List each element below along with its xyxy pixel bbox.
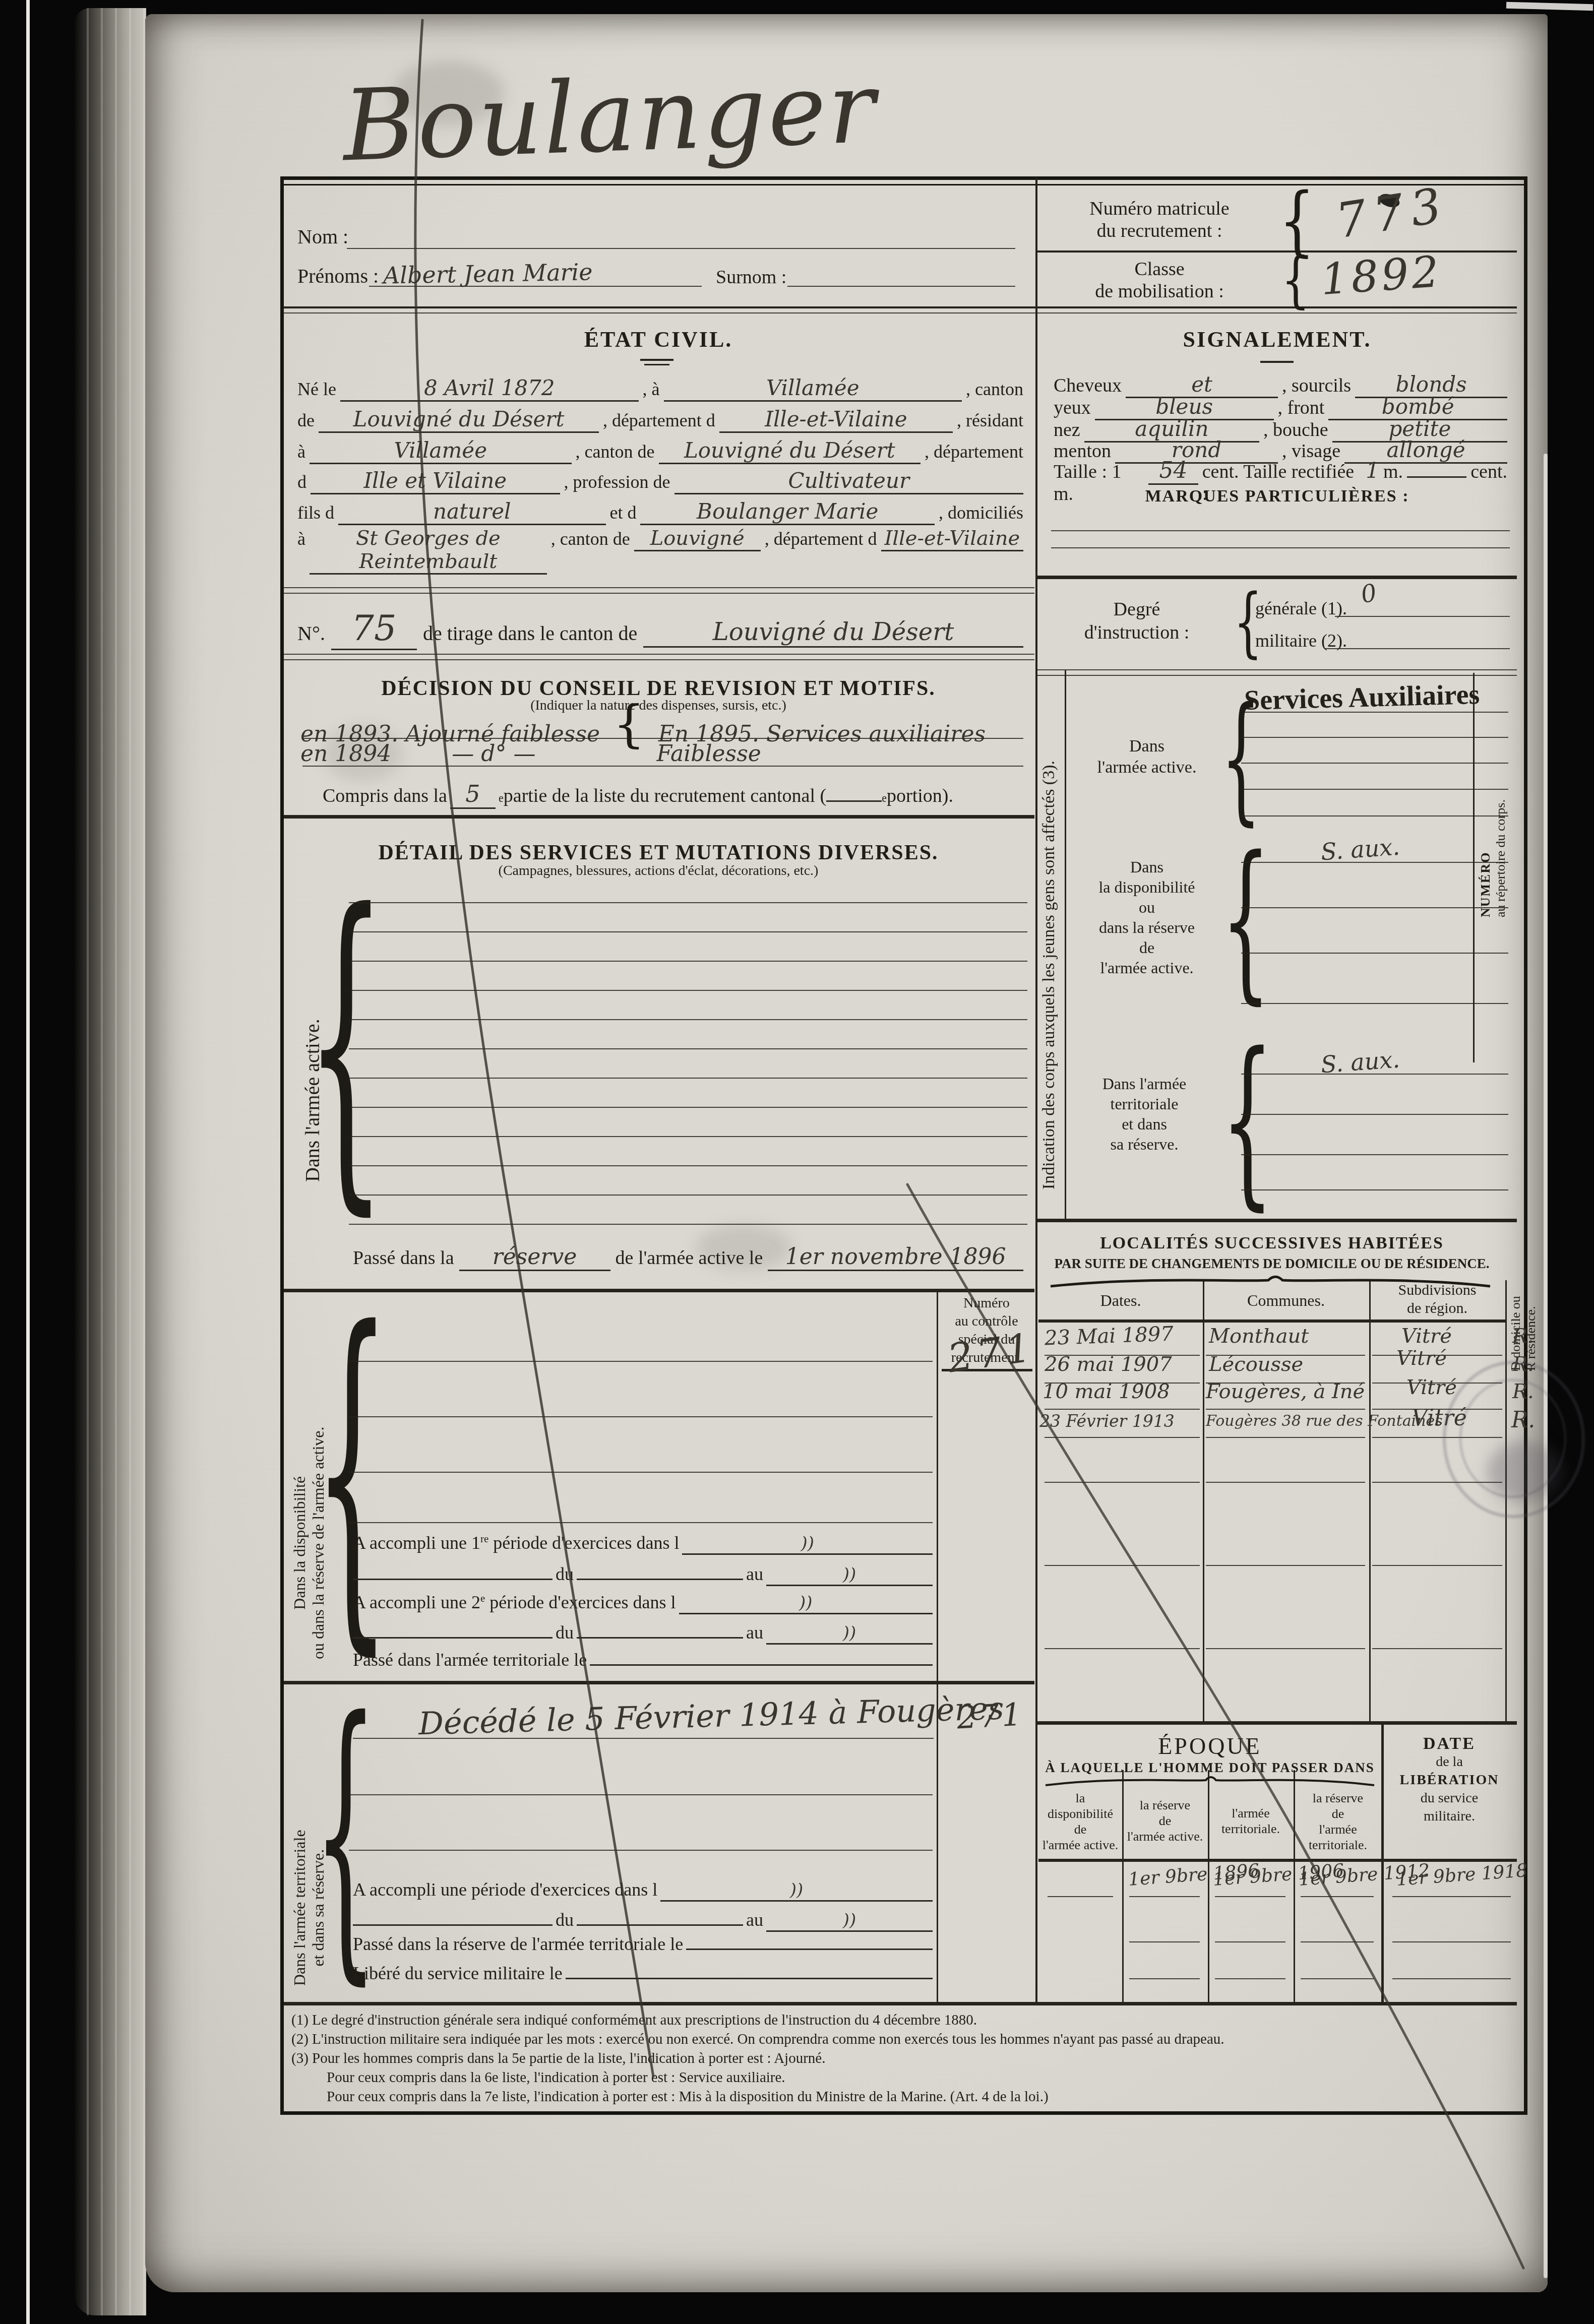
epoque-col3-header: l'armée territoriale. [1210, 1805, 1292, 1837]
rule [1051, 547, 1510, 548]
ruled-line [1241, 815, 1508, 816]
row-rule [1045, 1409, 1200, 1410]
residence: Villamée [310, 438, 572, 464]
epoque-title: ÉPOQUE [1038, 1733, 1381, 1760]
rule [1037, 1721, 1517, 1725]
ruled-line [349, 990, 1027, 991]
corps-numero-vertical-label: NUMÉRO au répertoire du corps. [1478, 799, 1508, 917]
periode2-dates-row: du au )) [353, 1622, 933, 1645]
row-rule [1045, 1482, 1200, 1483]
page-right-highlight [1544, 454, 1548, 2278]
ruled-line [1241, 763, 1508, 764]
corps-left-vertical-label: Indication des corps auxquels les jeunes… [1039, 761, 1059, 1189]
loc-row4-commune: Fougères 38 rue des Fontaines [1206, 1412, 1443, 1430]
nom-label: Nom : [297, 225, 348, 248]
birth-canton: Louvigné du Désert [319, 407, 599, 433]
rule [284, 593, 1034, 594]
row-rule [1129, 1896, 1200, 1897]
decision-faiblesse: Faiblesse [656, 741, 761, 767]
stamp-smudge [1487, 1441, 1563, 1502]
tirage-canton: Louvigné du Désert [643, 618, 1023, 648]
sec2-brace: { [314, 1304, 391, 1637]
degre-generale: générale (1). [1255, 598, 1347, 619]
mother-name: Boulanger Marie [640, 499, 935, 525]
taille-rect-value: 1 [1366, 458, 1379, 483]
localites-col-line [1369, 1280, 1371, 1721]
rule [1038, 1859, 1517, 1862]
row-rule [1129, 1978, 1200, 1979]
ruled-line [349, 1107, 1027, 1108]
prenoms-row: Prénoms : [297, 264, 379, 288]
loc-row3-date: 10 mai 1908 [1043, 1380, 1170, 1403]
corps-g1-brace: { [1221, 696, 1261, 821]
epoque-col2-header: la réserve de l'armée active. [1124, 1797, 1206, 1844]
row-rule [1372, 1648, 1502, 1649]
row-rule [1301, 1941, 1374, 1942]
rule [284, 815, 1034, 819]
localites-col-line [1203, 1280, 1204, 1721]
nom-line [347, 248, 1015, 249]
degre-militaire: militaire (2). [1255, 630, 1347, 651]
rule [284, 654, 1034, 655]
row-rule [1215, 1941, 1285, 1942]
decision-line1-rule [302, 738, 1023, 739]
rule [284, 312, 1517, 313]
passe-reserve-terr-row: Passé dans la réserve de l'armée territo… [353, 1933, 933, 1955]
services-subtitle: (Campagnes, blessures, actions d'éclat, … [282, 863, 1034, 879]
ruled-line [1241, 712, 1508, 713]
title-flourish [1260, 361, 1294, 363]
rule [1037, 250, 1517, 253]
ditto-mark: )) [660, 1880, 933, 1902]
ruled-line [1241, 907, 1508, 908]
ditto-mark: )) [766, 1623, 933, 1645]
epoque-subtitle: À LAQUELLE L'HOMME DOIT PASSER DANS [1038, 1760, 1381, 1776]
rule [1037, 669, 1517, 670]
birth-departement: Ille-et-Vilaine [719, 407, 953, 433]
scanned-register-page: { "header": { "nom_label": "Nom :", "nom… [0, 0, 1594, 2324]
passe-reserve-date: 1er novembre 1896 [768, 1244, 1023, 1271]
tirage-number: 75 [331, 607, 417, 650]
ruled-line [1241, 1074, 1508, 1075]
periode1-row: A accompli une 1re période d'exercices d… [353, 1532, 933, 1555]
ruled-line [349, 1794, 933, 1795]
tirage-row: N°. 75 de tirage dans le canton de Louvi… [297, 607, 1023, 650]
corps-g2-brace: { [1221, 843, 1271, 997]
prenoms-label: Prénoms : [297, 264, 379, 288]
row-rule [1048, 1896, 1113, 1897]
ruled-line [349, 961, 1027, 962]
row-rule [1392, 1896, 1511, 1897]
rule [1037, 576, 1517, 579]
loc-row3-commune: Fougères, à Iné [1206, 1380, 1365, 1403]
epoque-col4-header: la réserve de l'armée territoriale. [1297, 1790, 1379, 1853]
row-rule [1206, 1409, 1365, 1410]
loc-row1-dr: R. [1512, 1325, 1534, 1348]
passe-reserve-value: réserve [459, 1244, 610, 1271]
compris-row: Compris dans la 5e partie de la liste du… [323, 780, 1018, 809]
parents-domicile: St Georges de Reintembault [310, 527, 547, 575]
localites-h-subdivisions: Subdivisions de région. [1369, 1281, 1505, 1317]
periode3-row: A accompli une période d'exercices dans … [353, 1879, 933, 1902]
ruled-line [349, 1472, 933, 1473]
loc-row2-date: 26 mai 1907 [1045, 1353, 1172, 1376]
classe-label: Classe de mobilisation : [1054, 258, 1265, 302]
services-auxiliaires-stamp: Services Auxiliaires [1244, 678, 1480, 717]
corps-g3-brace: { [1221, 1038, 1274, 1203]
rule [284, 659, 1034, 660]
ruled-line [349, 1136, 1027, 1137]
corps-numero-line [1473, 673, 1475, 1062]
periode2-row: A accompli une 2e période d'exercices da… [353, 1592, 933, 1614]
ec-line3: à Villamée , canton de Louvigné du Déser… [297, 438, 1023, 464]
row-rule [1206, 1437, 1365, 1438]
ruled-line [349, 1019, 1027, 1020]
liste-partie: 5 [450, 780, 496, 809]
rule [284, 587, 1034, 588]
corps-inner-line [1065, 670, 1066, 1219]
ec-line2: de Louvigné du Désert , département d Il… [297, 407, 1023, 433]
rule [284, 1289, 1034, 1292]
controle-column-line [937, 1289, 938, 2002]
taille-value: 54 [1148, 458, 1198, 485]
title-flourish [640, 359, 673, 361]
rule [284, 306, 1517, 308]
loc-row4-date: 23 Février 1913 [1039, 1411, 1175, 1431]
sec1-brace: { [305, 888, 386, 1198]
decision-brace: { [613, 712, 645, 737]
surnom-label: Surnom : [716, 266, 786, 288]
ruled-line [1241, 953, 1508, 954]
controle-number-2: 271 [956, 1696, 1025, 1736]
row-rule [1045, 1565, 1200, 1566]
ruled-line [1241, 1114, 1508, 1115]
ditto-mark: )) [682, 1533, 933, 1555]
residence-canton: Louvigné du Désert [659, 438, 921, 464]
ruled-line [349, 1165, 1027, 1166]
matricule-label: Numéro matricule du recrutement : [1054, 198, 1265, 242]
loc-row3-sub: Vitré [1406, 1376, 1457, 1399]
parents-departement: Ille-et-Vilaine [881, 527, 1023, 551]
rule [1037, 1219, 1517, 1222]
column-divider [1035, 177, 1037, 2002]
etat-civil-title: ÉTAT CIVIL. [282, 327, 1034, 352]
ruled-line [349, 1416, 933, 1417]
row-rule [1206, 1565, 1365, 1566]
ruled-line [349, 1048, 1027, 1049]
book-page-stack [75, 8, 146, 2315]
epoque-date-header: DATE de la LIBÉRATION du service militai… [1386, 1735, 1512, 1826]
classe-brace: { [1281, 253, 1310, 307]
residence-departement: Ille et Vilaine [311, 468, 560, 494]
epoque-col1-header: la disponibilité de l'armée active. [1039, 1790, 1121, 1853]
ruled-line [349, 1195, 1027, 1196]
loc-row1-commune: Monthaut [1209, 1325, 1309, 1348]
periode3-dates-row: du au )) [353, 1909, 933, 1932]
localites-title: LOCALITÉS SUCCESSIVES HABITÉES [1038, 1234, 1505, 1253]
nom-row: Nom : [297, 225, 348, 248]
marques-label: MARQUES PARTICULIÈRES : [1037, 487, 1517, 506]
epoque-col-line [1122, 1770, 1124, 2002]
rule [1037, 675, 1517, 676]
passe-reserve-row: Passé dans la réserve de l'armée active … [353, 1244, 1023, 1271]
periode1-dates-row: du au )) [353, 1563, 933, 1586]
degre-label: Degré d'instruction : [1054, 598, 1220, 644]
row-rule [1215, 1896, 1285, 1897]
decision-title: DÉCISION DU CONSEIL DE REVISION ET MOTIF… [282, 676, 1034, 701]
loc-row2-commune: Lécousse [1209, 1353, 1303, 1376]
surnom-line [787, 286, 1015, 287]
row-rule [1045, 1648, 1200, 1649]
epoque-col-line [1294, 1770, 1295, 2002]
prenoms-line [369, 286, 702, 287]
ruled-line [349, 1361, 933, 1362]
row-rule [1392, 1941, 1511, 1942]
ruled-line [349, 931, 1027, 932]
localites-h-dates: Dates. [1038, 1291, 1203, 1310]
corps-g3-label: Dans l'armée territoriale et dans sa rés… [1069, 1074, 1220, 1154]
row-rule [1301, 1978, 1374, 1979]
footnote-2: (2) L'instruction militaire sera indiqué… [291, 2031, 1511, 2048]
parents-canton: Louvigné [634, 527, 761, 551]
scanner-edge-line [26, 0, 30, 2324]
ruled-line [1241, 1189, 1508, 1190]
row-rule [1392, 1978, 1511, 1979]
ruled-line [349, 1522, 933, 1523]
decision-1894: en 1894 [300, 741, 391, 767]
epoque-col-line [1208, 1770, 1209, 2002]
ruled-line [1241, 1003, 1508, 1004]
corps-g2-value: S. aux. [1320, 833, 1400, 866]
footnote-5: Pour ceux compris dans la 7e liste, l'in… [327, 2089, 1511, 2105]
loc-row2-sub: Vitré [1396, 1347, 1447, 1370]
libere-row: Libéré du service militaire le [353, 1963, 933, 1984]
ruled-line [1241, 737, 1508, 738]
corner-sliver [1506, 2, 1593, 11]
epoque-date-line [1381, 1724, 1384, 2002]
ec-line5: fils d naturel et d Boulanger Marie , do… [297, 499, 1023, 525]
loc-row1-date: 23 Mai 1897 [1044, 1323, 1174, 1350]
row-rule [1045, 1437, 1200, 1438]
footnote-4: Pour ceux compris dans la 6e liste, l'in… [327, 2069, 1511, 2086]
decision-ditto: — d° — [452, 741, 535, 767]
rule [1038, 1320, 1505, 1323]
decision-line2: en 1894 — d° — Faiblesse [300, 741, 1026, 767]
profession: Cultivateur [675, 468, 1023, 494]
footnote-1: (1) Le degré d'instruction générale sera… [291, 2012, 1511, 2029]
rule [1335, 616, 1510, 617]
localites-h-communes: Communes. [1203, 1291, 1369, 1310]
corps-g2-label: Dans la disponibilité ou dans la réserve… [1074, 857, 1220, 978]
ditto-mark: )) [766, 1910, 933, 1932]
row-rule [1372, 1565, 1502, 1566]
title-flourish [644, 364, 669, 365]
classe-value: 1892 [1319, 247, 1444, 305]
surname-signature: Boulanger [341, 50, 879, 183]
prenoms-value: Albert Jean Marie [383, 258, 593, 289]
deces-rule [353, 1738, 934, 1739]
loc-row1-sub: Vitré [1401, 1325, 1452, 1348]
birth-date: 8 Avril 1872 [340, 375, 639, 402]
ec-line6: à St Georges de Reintembault , canton de… [297, 527, 1023, 575]
footnote-3: (3) Pour les hommes compris dans la 5e p… [291, 2050, 1511, 2067]
rule [1051, 530, 1510, 531]
ruled-line [349, 902, 1027, 903]
ruled-line [1241, 789, 1508, 790]
row-rule [1301, 1896, 1374, 1897]
rule [284, 1681, 1034, 1684]
father-name: naturel [338, 499, 605, 525]
signalement-title: SIGNALEMENT. [1037, 327, 1517, 352]
ditto-mark: )) [679, 1593, 933, 1614]
ruled-line [349, 1224, 1027, 1225]
ruled-line [1241, 862, 1508, 863]
ec-line1: Né le 8 Avril 1872 , à Villamée , canton [297, 375, 1023, 402]
services-title: DÉTAIL DES SERVICES ET MUTATIONS DIVERSE… [282, 841, 1034, 865]
corps-g1-label: Dans l'armée active. [1074, 736, 1220, 778]
ruled-line [1241, 1154, 1508, 1155]
decision-line2-rule [302, 766, 1023, 767]
row-rule [1129, 1941, 1200, 1942]
rule [284, 2002, 1517, 2005]
rule [1325, 648, 1510, 649]
ditto-mark: )) [766, 1564, 933, 1586]
ruled-line [349, 1850, 933, 1851]
birth-place: Villamée [664, 375, 962, 402]
localites-subtitle: PAR SUITE DE CHANGEMENTS DE DOMICILE OU … [1038, 1256, 1505, 1272]
ruled-line [349, 1078, 1027, 1079]
ec-line4: d Ille et Vilaine , profession de Cultiv… [297, 468, 1023, 494]
row-rule [1206, 1482, 1365, 1483]
passe-territoriale-row: Passé dans l'armée territoriale le [353, 1649, 933, 1670]
row-rule [1215, 1978, 1285, 1979]
row-rule [1206, 1648, 1365, 1649]
